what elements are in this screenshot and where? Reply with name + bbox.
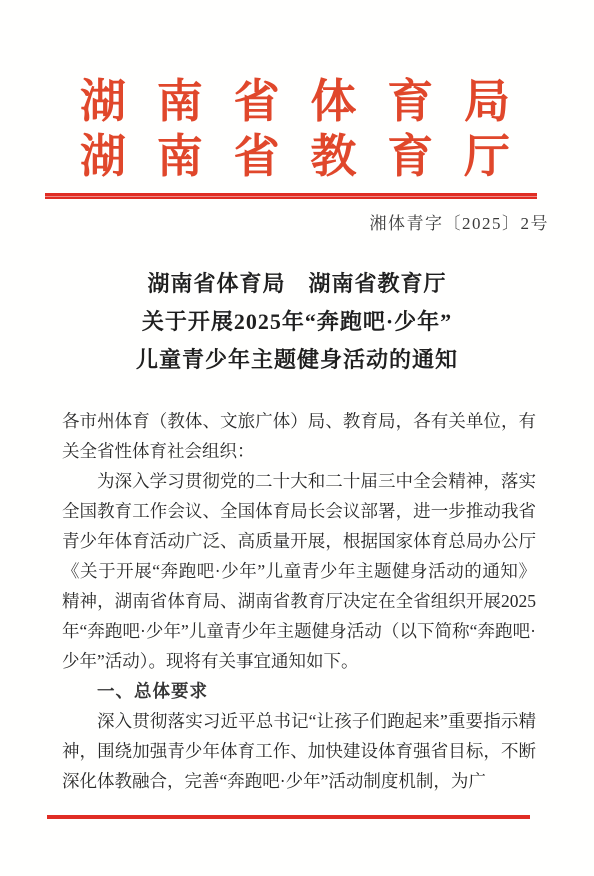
document-number: 湘体青字〔2025〕2号: [370, 209, 550, 234]
title-line-3: 儿童青少年主题健身活动的通知: [0, 341, 594, 379]
letterhead: 湖南省体育局 湖南省教育厅: [80, 74, 510, 184]
org-name-line-2: 湖南省教育厅: [80, 129, 510, 184]
letterhead-divider-rule: [45, 193, 537, 199]
document-body: 各市州体育（教体、文旅广体）局、教育局，各有关单位，有关全省性体育社会组织： 为…: [62, 406, 536, 806]
document-page: 湖南省体育局 湖南省教育厅 湘体青字〔2025〕2号 湖南省体育局 湖南省教育厅…: [0, 0, 594, 876]
title-line-1: 湖南省体育局 湖南省教育厅: [0, 265, 594, 303]
paragraph-2: 深入贯彻落实习近平总书记“让孩子们跑起来”重要指示精神，围绕加强青少年体育工作、…: [62, 706, 536, 796]
title-line-2: 关于开展2025年“奔跑吧·少年”: [0, 303, 594, 341]
footer-rule: [47, 815, 530, 819]
paragraph-1: 为深入学习贯彻党的二十大和二十届三中全会精神，落实全国教育工作会议、全国体育局长…: [62, 466, 536, 676]
org-name-line-1: 湖南省体育局: [80, 74, 510, 129]
salutation: 各市州体育（教体、文旅广体）局、教育局，各有关单位，有关全省性体育社会组织：: [62, 406, 536, 466]
section-heading-1: 一、总体要求: [62, 676, 536, 706]
document-title: 湖南省体育局 湖南省教育厅 关于开展2025年“奔跑吧·少年” 儿童青少年主题健…: [0, 265, 594, 379]
